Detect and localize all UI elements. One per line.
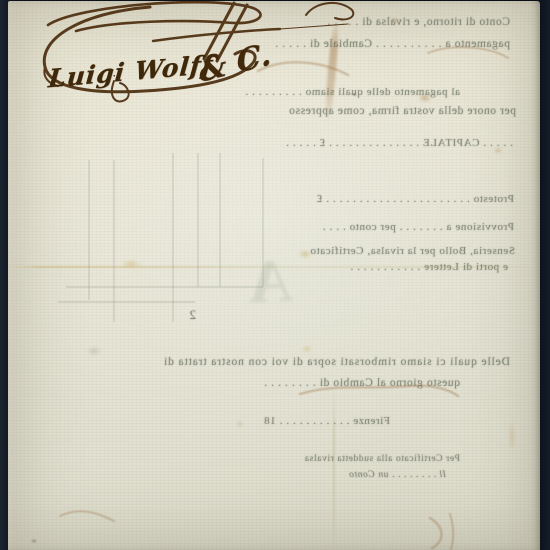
firenze-date-line: Firenze . . . . . . . . . . . 18 — [264, 415, 390, 427]
certificato-line: Per Certificato alla suddetta rivalsa — [304, 454, 460, 464]
signature-ink-dots: ∴ — [108, 67, 118, 82]
signature-block: Luigi Wolff & C. ∴ — [8, 1, 408, 241]
watermark-letter: A — [247, 246, 294, 317]
document-paper-verso: A Conto di ritorno, e rivalsa di . . . .… — [8, 1, 540, 550]
cambio-line: questo giorno al Cambio di . . . . . . .… — [264, 377, 460, 389]
senseria-line: Senseria, Bollo per la rivalsa, Certific… — [310, 245, 515, 257]
porti-di-lettere-line: e porti di Lettere . . . . . . . . . . . — [350, 261, 508, 273]
page-number: 2 — [189, 307, 196, 323]
signature-flourish — [18, 1, 378, 201]
conto-footer-line: Il . . . . . . . . un Conto — [349, 470, 446, 480]
rimborso-line: Delle quali ci siamo rimborsati sopra di… — [163, 356, 510, 368]
photograph-of-document: A Conto di ritorno, e rivalsa di . . . .… — [0, 0, 550, 550]
